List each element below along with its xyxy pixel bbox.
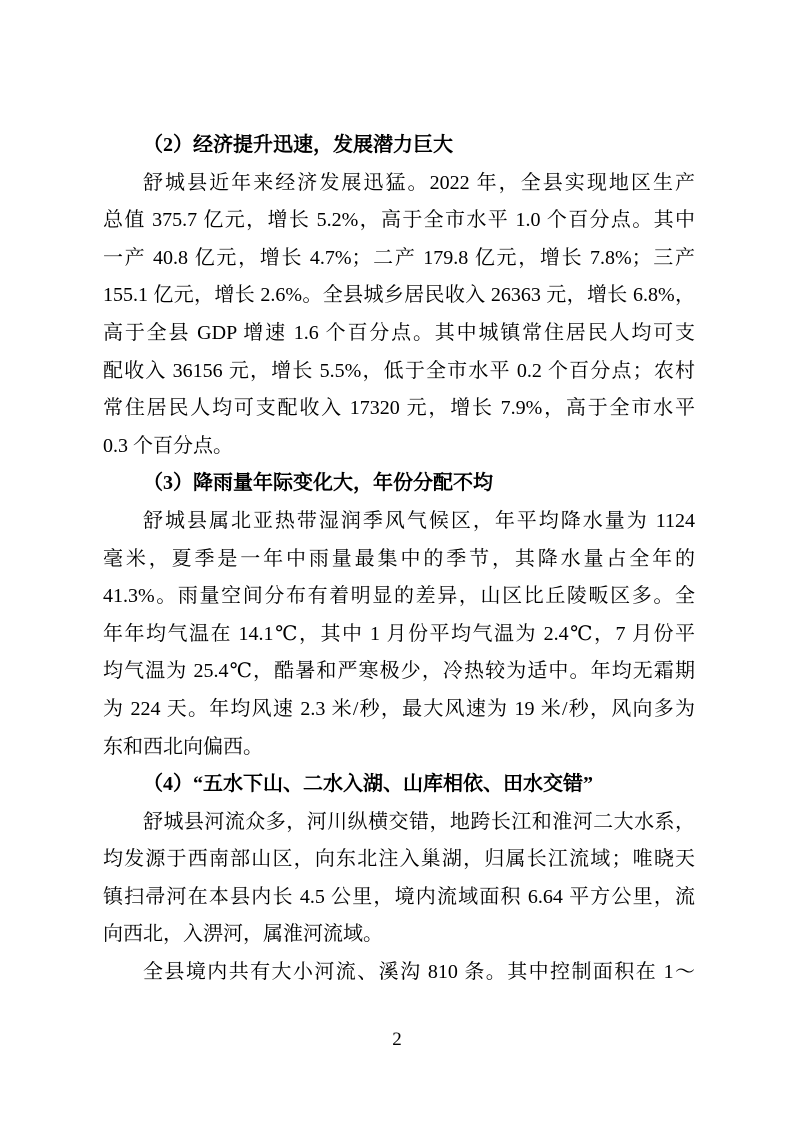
text-line: 41.3%。雨量空间分布有着明显的差异，山区比丘陵畈区多。全	[103, 578, 695, 616]
text-line: 镇扫帚河在本县内长 4.5 公里，境内流域面积 6.64 平方公里，流	[103, 879, 695, 917]
document-page: （2）经济提升迅速，发展潜力巨大 舒城县近年来经济发展迅猛。2022 年，全县实…	[0, 0, 794, 1122]
section-heading-economy: （2）经济提升迅速，发展潜力巨大	[103, 127, 695, 165]
text-line: 毫米，夏季是一年中雨量最集中的季节，其降水量占全年的	[103, 541, 695, 579]
document-body: （2）经济提升迅速，发展潜力巨大 舒城县近年来经济发展迅猛。2022 年，全县实…	[103, 127, 695, 992]
text-line: 高于全县 GDP 增速 1.6 个百分点。其中城镇常住居民人均可支	[103, 315, 695, 353]
text-line: 均气温为 25.4℃，酷暑和严寒极少，冷热较为适中。年均无霜期	[103, 653, 695, 691]
page-number: 2	[0, 1028, 794, 1052]
text-line: 总值 375.7 亿元，增长 5.2%，高于全市水平 1.0 个百分点。其中	[103, 202, 695, 240]
text-line: 均发源于西南部山区，向东北注入巢湖，归属长江流域；唯晓天	[103, 841, 695, 879]
text-line: 向西北，入淠河，属淮河流域。	[103, 916, 695, 954]
text-line: 舒城县属北亚热带湿润季风气候区，年平均降水量为 1124	[103, 503, 695, 541]
text-line: 全县境内共有大小河流、溪沟 810 条。其中控制面积在 1～	[103, 954, 695, 992]
text-line: 舒城县河流众多，河川纵横交错，地跨长江和淮河二大水系，	[103, 804, 695, 842]
text-line: 为 224 天。年均风速 2.3 米/秒，最大风速为 19 米/秒，风向多为	[103, 691, 695, 729]
text-line: 东和西北向偏西。	[103, 729, 695, 767]
text-line: 一产 40.8 亿元，增长 4.7%；二产 179.8 亿元，增长 7.8%；三…	[103, 240, 695, 278]
text-line: 0.3 个百分点。	[103, 428, 695, 466]
text-line: 常住居民人均可支配收入 17320 元，增长 7.9%，高于全市水平	[103, 390, 695, 428]
text-line: 舒城县近年来经济发展迅猛。2022 年，全县实现地区生产	[103, 165, 695, 203]
text-line: 155.1 亿元，增长 2.6%。全县城乡居民收入 26363 元，增长 6.8…	[103, 277, 695, 315]
text-line: 年年均气温在 14.1℃，其中 1 月份平均气温为 2.4℃，7 月份平	[103, 616, 695, 654]
section-heading-rainfall: （3）降雨量年际变化大，年份分配不均	[103, 465, 695, 503]
text-line: 配收入 36156 元，增长 5.5%，低于全市水平 0.2 个百分点；农村	[103, 353, 695, 391]
section-heading-rivers: （4）“五水下山、二水入湖、山库相依、田水交错”	[103, 766, 695, 804]
